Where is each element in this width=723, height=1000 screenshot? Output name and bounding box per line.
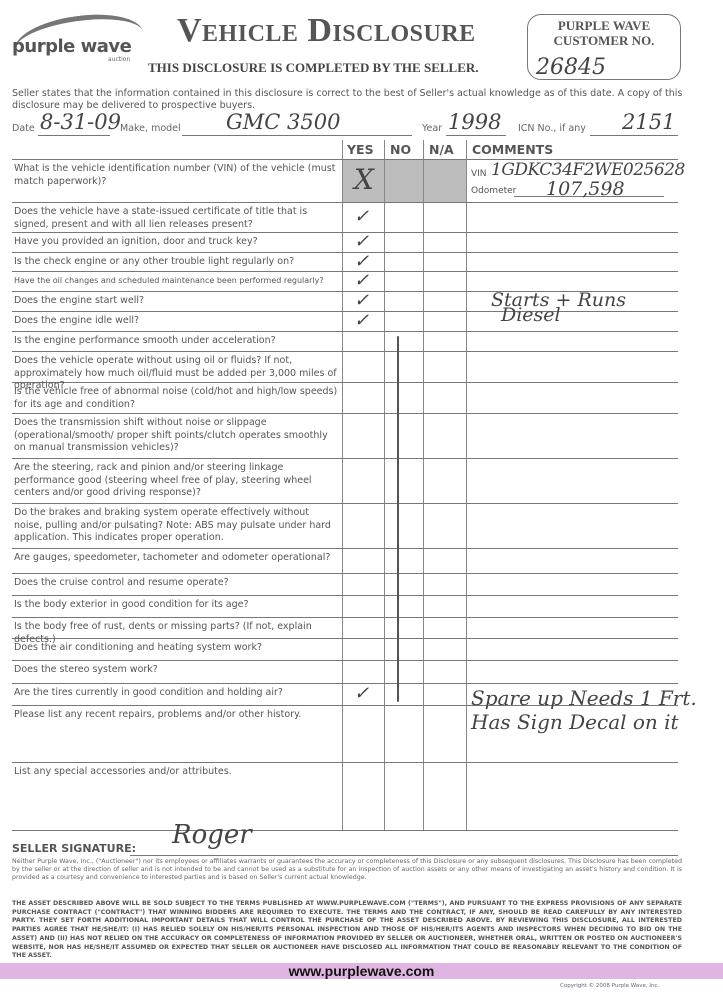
column-header-no: NO — [390, 142, 411, 157]
question-text: Are the tires currently in good conditio… — [14, 687, 340, 700]
column-divider — [384, 140, 385, 830]
vin-field[interactable]: 1GDKC34F2WE025628 — [491, 160, 685, 180]
question-text: Does the engine start well? — [14, 295, 340, 308]
x-mark-icon[interactable]: X — [354, 165, 374, 195]
question-text: List any special accessories and/or attr… — [14, 766, 340, 779]
question-text: Does the transmission shift without nois… — [14, 417, 340, 455]
row-divider — [12, 202, 678, 203]
question-text: Have the oil changes and scheduled maint… — [14, 275, 340, 288]
row-divider — [12, 331, 678, 332]
question-text: Have you provided an ignition, door and … — [14, 236, 340, 249]
no-answer-line-mark — [397, 336, 399, 702]
row-divider — [12, 762, 678, 763]
question-text: Does the cruise control and resume opera… — [14, 577, 340, 590]
copyright-text: Copyright © 2008 Purple Wave, Inc. — [560, 983, 659, 989]
row-divider — [12, 413, 678, 414]
row-divider — [12, 271, 678, 272]
column-divider — [423, 140, 424, 830]
row-divider — [12, 232, 678, 233]
row-divider — [12, 573, 678, 574]
row-divider — [12, 683, 678, 684]
terms-text: The asset described above will be sold s… — [12, 900, 682, 961]
question-text: Does the vehicle have a state-issued cer… — [14, 206, 340, 231]
column-header-na: N/A — [429, 142, 454, 157]
disclaimer-text: Neither Purple Wave, Inc., ("Auctioneer"… — [12, 858, 682, 883]
check-mark-icon[interactable]: ✓ — [354, 292, 369, 310]
website-link[interactable]: www.purplewave.com — [0, 963, 723, 979]
question-text: Are gauges, speedometer, tachometer and … — [14, 552, 340, 565]
check-mark-icon[interactable]: ✓ — [354, 233, 369, 251]
check-mark-icon[interactable]: ✓ — [354, 208, 369, 226]
check-mark-icon[interactable]: ✓ — [354, 685, 369, 703]
comment-history[interactable]: Has Sign Decal on it — [471, 710, 679, 734]
signature-field[interactable]: Roger — [172, 820, 252, 850]
check-mark-icon[interactable]: ✓ — [354, 253, 369, 271]
row-divider — [12, 548, 678, 549]
question-text: Does the engine idle well? — [14, 315, 340, 328]
vin-label: VIN — [471, 168, 487, 181]
signature-line — [130, 855, 678, 856]
row-divider — [12, 830, 678, 831]
question-text: Does the stereo system work? — [14, 664, 340, 677]
signature-label: SELLER SIGNATURE: — [12, 842, 136, 855]
comment-tires[interactable]: Spare up Needs 1 Frt. — [471, 686, 697, 710]
question-text: Please list any recent repairs, problems… — [14, 709, 340, 722]
row-divider — [12, 351, 678, 352]
question-text: What is the vehicle identification numbe… — [14, 163, 340, 188]
question-text: Are the steering, rack and pinion and/or… — [14, 462, 340, 500]
column-header-comments: COMMENTS — [472, 142, 553, 157]
row-divider — [12, 503, 678, 504]
question-text: Does the air conditioning and heating sy… — [14, 642, 340, 655]
row-divider — [12, 458, 678, 459]
question-text: Is the engine performance smooth under a… — [14, 335, 340, 348]
row-divider — [12, 660, 678, 661]
column-divider — [466, 140, 467, 830]
column-divider — [342, 140, 343, 830]
question-text: Is the vehicle free of abnormal noise (c… — [14, 386, 340, 411]
row-divider — [12, 311, 678, 312]
column-header-yes: YES — [347, 142, 374, 157]
question-text: Is the body exterior in good condition f… — [14, 599, 340, 612]
check-mark-icon[interactable]: ✓ — [354, 312, 369, 330]
row-divider — [12, 617, 678, 618]
question-text: Do the brakes and braking system operate… — [14, 507, 340, 545]
odometer-field[interactable]: 107,598 — [546, 178, 625, 200]
row-divider — [12, 595, 678, 596]
question-text: Is the check engine or any other trouble… — [14, 256, 340, 269]
odometer-label: Odometer — [471, 185, 516, 198]
comment-engine-idle[interactable]: Diesel — [501, 304, 561, 326]
row-divider — [12, 252, 678, 253]
check-mark-icon[interactable]: ✓ — [354, 272, 369, 290]
